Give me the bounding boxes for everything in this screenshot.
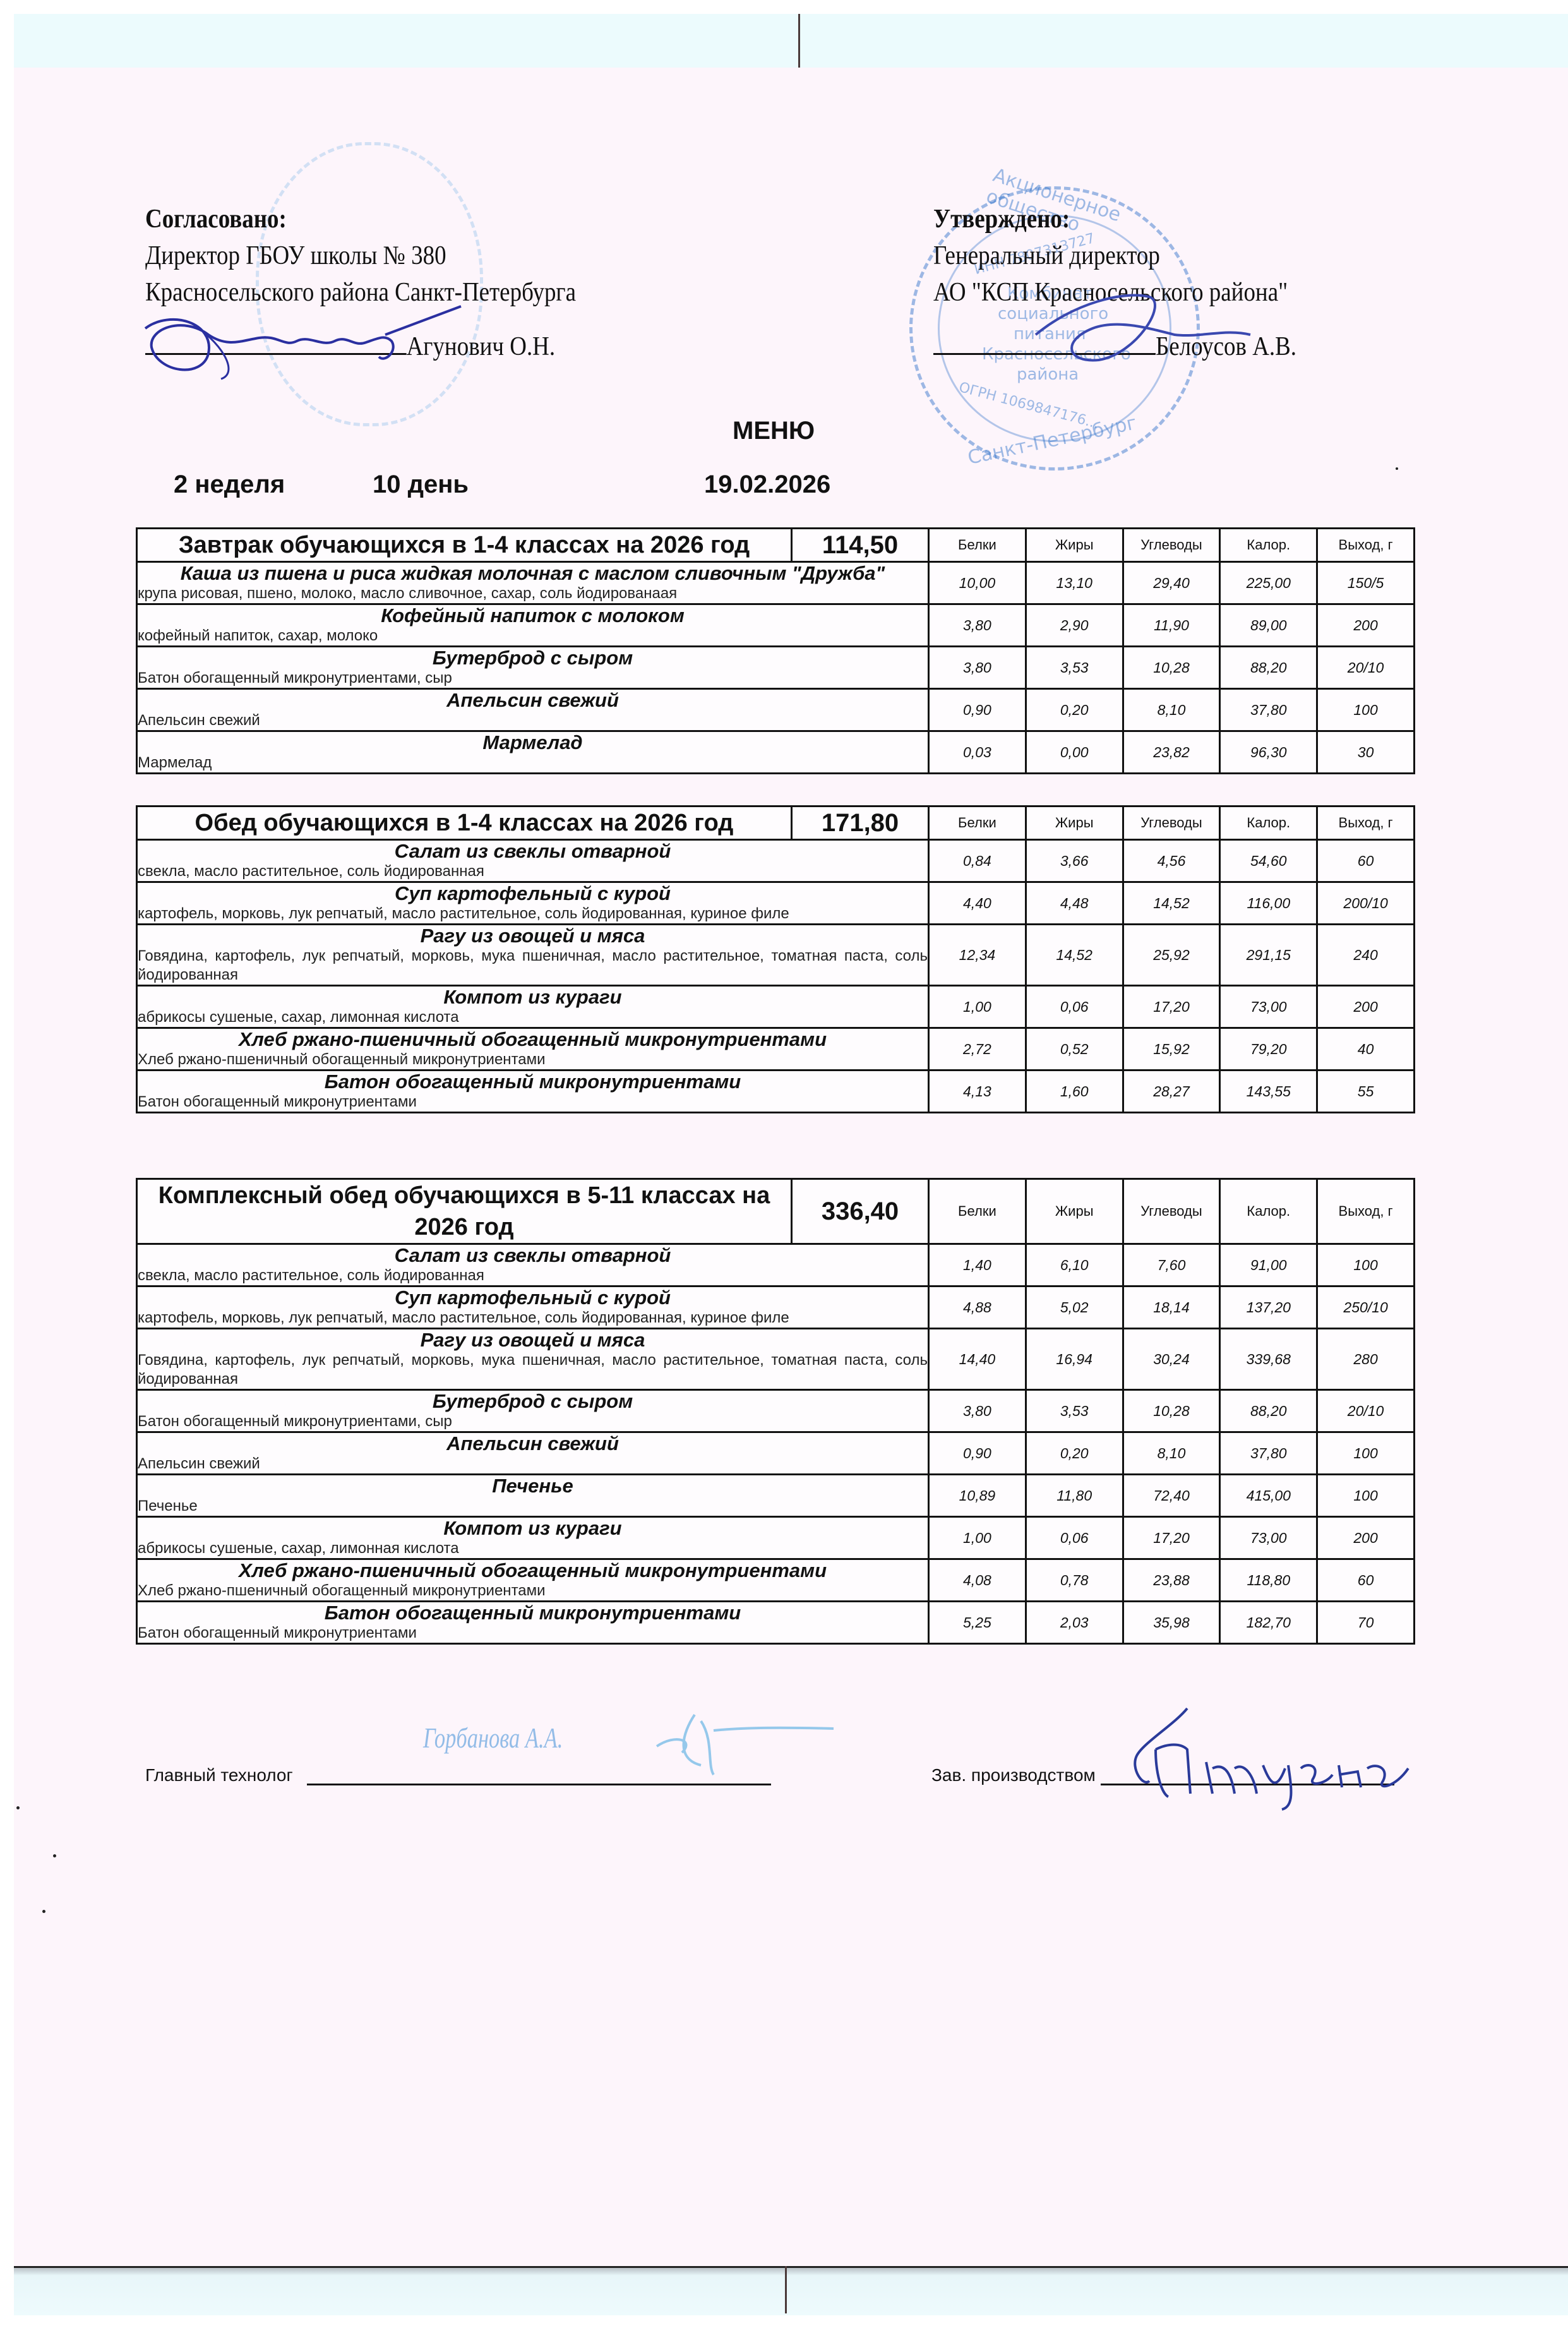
dish-ingredients: крупа рисовая, пшено, молоко, масло слив… <box>138 584 928 603</box>
column-header: Белки <box>929 807 1026 840</box>
section-title: Завтрак обучающихся в 1-4 классах на 202… <box>137 529 792 562</box>
section-header-row: Обед обучающихся в 1-4 классах на 2026 г… <box>137 807 1415 840</box>
nutrition-value: 3,53 <box>1026 1390 1123 1432</box>
nutrition-value: 100 <box>1317 689 1415 731</box>
nutrition-value: 16,94 <box>1026 1329 1123 1390</box>
table-row: ПеченьеПеченье10,8911,8072,40415,00100 <box>137 1475 1415 1517</box>
column-header: Белки <box>929 529 1026 562</box>
nutrition-value: 3,53 <box>1026 647 1123 689</box>
dish-name: Рагу из овощей и мяса <box>138 925 928 947</box>
dish-ingredients: картофель, морковь, лук репчатый, масло … <box>138 1309 928 1328</box>
section-price: 171,80 <box>792 807 929 840</box>
table-row: Апельсин свежийАпельсин свежий0,900,208,… <box>137 1432 1415 1475</box>
dish-cell: Бутерброд с сыромБатон обогащенный микро… <box>137 647 929 689</box>
dish-cell: Каша из пшена и риса жидкая молочная с м… <box>137 562 929 604</box>
nutrition-value: 14,40 <box>929 1329 1026 1390</box>
chief-technologist-row: Главный технолог <box>145 1765 771 1785</box>
nutrition-value: 54,60 <box>1220 840 1317 882</box>
nutrition-value: 28,27 <box>1123 1071 1220 1113</box>
nutrition-value: 225,00 <box>1220 562 1317 604</box>
dish-ingredients: Апельсин свежий <box>138 1454 928 1473</box>
table-row: Рагу из овощей и мясаГовядина, картофель… <box>137 925 1415 986</box>
nutrition-value: 0,78 <box>1026 1559 1123 1602</box>
day-number: 10 день <box>373 471 469 499</box>
approved-line-1: Генеральный директор <box>933 237 1296 274</box>
table-row: Батон обогащенный микронутриентамиБатон … <box>137 1071 1415 1113</box>
column-header: Калор. <box>1220 807 1317 840</box>
dish-cell: Батон обогащенный микронутриентамиБатон … <box>137 1071 929 1113</box>
nutrition-value: 12,34 <box>929 925 1026 986</box>
nutrition-value: 291,15 <box>1220 925 1317 986</box>
nutrition-value: 14,52 <box>1026 925 1123 986</box>
column-header: Углеводы <box>1123 1179 1220 1244</box>
dish-cell: ПеченьеПеченье <box>137 1475 929 1517</box>
nutrition-value: 10,28 <box>1123 647 1220 689</box>
section-title: Комплексный обед обучающихся в 5-11 клас… <box>137 1179 792 1244</box>
nutrition-value: 240 <box>1317 925 1415 986</box>
nutrition-value: 4,48 <box>1026 882 1123 925</box>
nutrition-value: 25,92 <box>1123 925 1220 986</box>
scan-speck <box>42 1910 45 1913</box>
dish-name: Салат из свеклы отварной <box>138 841 928 862</box>
agreed-signatory: Агунович О.Н. <box>407 332 556 361</box>
nutrition-value: 137,20 <box>1220 1286 1317 1329</box>
approved-heading: Утверждено: <box>933 201 1296 237</box>
nutrition-value: 35,98 <box>1123 1602 1220 1644</box>
table-row: Суп картофельный с куройкартофель, морко… <box>137 882 1415 925</box>
approved-signatory: Белоусов А.В. <box>1156 332 1296 361</box>
nutrition-value: 20/10 <box>1317 647 1415 689</box>
fold-mark-bottom <box>785 2266 787 2313</box>
dish-cell: Суп картофельный с куройкартофель, морко… <box>137 1286 929 1329</box>
approved-line-2: АО "КСП Красносельского района" <box>933 274 1296 311</box>
nutrition-value: 73,00 <box>1220 986 1317 1028</box>
table-row: Компот из курагиабрикосы сушеные, сахар,… <box>137 1517 1415 1559</box>
dish-ingredients: Печенье <box>138 1497 928 1516</box>
dish-cell: Салат из свеклы отварнойсвекла, масло ра… <box>137 840 929 882</box>
section-price: 336,40 <box>792 1179 929 1244</box>
nutrition-value: 4,13 <box>929 1071 1026 1113</box>
menu-table: Комплексный обед обучающихся в 5-11 клас… <box>136 1178 1415 1645</box>
nutrition-value: 4,88 <box>929 1286 1026 1329</box>
dish-ingredients: Говядина, картофель, лук репчатый, морко… <box>138 947 928 985</box>
dish-name: Батон обогащенный микронутриентами <box>138 1071 928 1093</box>
column-header: Калор. <box>1220 1179 1317 1244</box>
nutrition-value: 415,00 <box>1220 1475 1317 1517</box>
dish-ingredients: Батон обогащенный микронутриентами <box>138 1093 928 1112</box>
nutrition-value: 2,03 <box>1026 1602 1123 1644</box>
dish-name: Суп картофельный с курой <box>138 883 928 904</box>
dish-ingredients: кофейный напиток, сахар, молоко <box>138 627 928 645</box>
table-row: Хлеб ржано-пшеничный обогащенный микрону… <box>137 1028 1415 1071</box>
scan-speck <box>16 1806 20 1809</box>
nutrition-value: 339,68 <box>1220 1329 1317 1390</box>
dish-cell: Рагу из овощей и мясаГовядина, картофель… <box>137 1329 929 1390</box>
nutrition-value: 1,40 <box>929 1244 1026 1286</box>
table-row: Батон обогащенный микронутриентамиБатон … <box>137 1602 1415 1644</box>
nutrition-value: 4,08 <box>929 1559 1026 1602</box>
column-header: Выход, г <box>1317 1179 1415 1244</box>
dish-ingredients: Батон обогащенный микронутриентами, сыр <box>138 1412 928 1431</box>
column-header: Жиры <box>1026 529 1123 562</box>
table-row: Рагу из овощей и мясаГовядина, картофель… <box>137 1329 1415 1390</box>
dish-ingredients: свекла, масло растительное, соль йодиров… <box>138 862 928 881</box>
nutrition-value: 23,82 <box>1123 731 1220 774</box>
dish-ingredients: Мармелад <box>138 753 928 772</box>
column-header: Углеводы <box>1123 807 1220 840</box>
table-row: Салат из свеклы отварнойсвекла, масло ра… <box>137 1244 1415 1286</box>
nutrition-value: 118,80 <box>1220 1559 1317 1602</box>
section-header-row: Завтрак обучающихся в 1-4 классах на 202… <box>137 529 1415 562</box>
nutrition-value: 37,80 <box>1220 1432 1317 1475</box>
nutrition-value: 14,52 <box>1123 882 1220 925</box>
table-row: Суп картофельный с куройкартофель, морко… <box>137 1286 1415 1329</box>
technologist-stamp-name: Горбанова А.А. <box>423 1721 563 1754</box>
dish-cell: Компот из курагиабрикосы сушеные, сахар,… <box>137 986 929 1028</box>
nutrition-value: 5,25 <box>929 1602 1026 1644</box>
nutrition-value: 91,00 <box>1220 1244 1317 1286</box>
nutrition-value: 60 <box>1317 1559 1415 1602</box>
dish-name: Суп картофельный с курой <box>138 1287 928 1309</box>
dish-ingredients: Батон обогащенный микронутриентами, сыр <box>138 669 928 688</box>
nutrition-value: 40 <box>1317 1028 1415 1071</box>
dish-name: Рагу из овощей и мяса <box>138 1329 928 1351</box>
nutrition-value: 4,56 <box>1123 840 1220 882</box>
dish-ingredients: свекла, масло растительное, соль йодиров… <box>138 1266 928 1285</box>
nutrition-value: 0,00 <box>1026 731 1123 774</box>
section-title: Обед обучающихся в 1-4 классах на 2026 г… <box>137 807 792 840</box>
nutrition-value: 11,80 <box>1026 1475 1123 1517</box>
dish-ingredients: абрикосы сушеные, сахар, лимонная кислот… <box>138 1539 928 1558</box>
table-row: Кофейный напиток с молокомкофейный напит… <box>137 604 1415 647</box>
nutrition-value: 200/10 <box>1317 882 1415 925</box>
column-header: Выход, г <box>1317 807 1415 840</box>
agreed-signature-line <box>145 353 407 355</box>
nutrition-value: 23,88 <box>1123 1559 1220 1602</box>
dish-name: Каша из пшена и риса жидкая молочная с м… <box>138 563 928 584</box>
column-header: Выход, г <box>1317 529 1415 562</box>
nutrition-value: 3,80 <box>929 604 1026 647</box>
scan-speck <box>1396 467 1398 470</box>
dish-name: Апельсин свежий <box>138 1433 928 1454</box>
menu-date: 19.02.2026 <box>704 471 830 499</box>
nutrition-value: 8,10 <box>1123 689 1220 731</box>
nutrition-value: 280 <box>1317 1329 1415 1390</box>
column-header: Белки <box>929 1179 1026 1244</box>
week-number: 2 неделя <box>174 471 285 499</box>
nutrition-value: 79,20 <box>1220 1028 1317 1071</box>
nutrition-value: 0,03 <box>929 731 1026 774</box>
nutrition-value: 7,60 <box>1123 1244 1220 1286</box>
dish-cell: Суп картофельный с куройкартофель, морко… <box>137 882 929 925</box>
nutrition-value: 18,14 <box>1123 1286 1220 1329</box>
nutrition-value: 0,84 <box>929 840 1026 882</box>
menu-table: Завтрак обучающихся в 1-4 классах на 202… <box>136 527 1415 774</box>
nutrition-value: 0,90 <box>929 1432 1026 1475</box>
nutrition-value: 73,00 <box>1220 1517 1317 1559</box>
table-row: Хлеб ржано-пшеничный обогащенный микрону… <box>137 1559 1415 1602</box>
nutrition-value: 10,00 <box>929 562 1026 604</box>
dish-name: Бутерброд с сыром <box>138 647 928 669</box>
nutrition-value: 37,80 <box>1220 689 1317 731</box>
section-price: 114,50 <box>792 529 929 562</box>
dish-ingredients: Хлеб ржано-пшеничный обогащенный микрону… <box>138 1581 928 1600</box>
column-header: Жиры <box>1026 807 1123 840</box>
dish-cell: Хлеб ржано-пшеничный обогащенный микрону… <box>137 1028 929 1071</box>
dish-name: Компот из кураги <box>138 1518 928 1539</box>
agreed-line-1: Директор ГБОУ школы № 380 <box>145 237 576 274</box>
dish-cell: Батон обогащенный микронутриентамиБатон … <box>137 1602 929 1644</box>
dish-cell: Рагу из овощей и мясаГовядина, картофель… <box>137 925 929 986</box>
dish-cell: Апельсин свежийАпельсин свежий <box>137 689 929 731</box>
nutrition-value: 2,90 <box>1026 604 1123 647</box>
nutrition-value: 30,24 <box>1123 1329 1220 1390</box>
nutrition-value: 88,20 <box>1220 1390 1317 1432</box>
table-row: Апельсин свежийАпельсин свежий0,900,208,… <box>137 689 1415 731</box>
fold-mark-top <box>798 14 800 68</box>
nutrition-value: 1,00 <box>929 1517 1026 1559</box>
dish-cell: Компот из курагиабрикосы сушеные, сахар,… <box>137 1517 929 1559</box>
agreed-block: Согласовано: Директор ГБОУ школы № 380 К… <box>145 201 576 365</box>
production-head-signature-line <box>1101 1784 1394 1785</box>
dish-cell: Бутерброд с сыромБатон обогащенный микро… <box>137 1390 929 1432</box>
dish-name: Апельсин свежий <box>138 690 928 711</box>
production-head-label: Зав. производством <box>931 1765 1096 1785</box>
nutrition-value: 100 <box>1317 1432 1415 1475</box>
nutrition-value: 29,40 <box>1123 562 1220 604</box>
nutrition-value: 15,92 <box>1123 1028 1220 1071</box>
nutrition-value: 3,80 <box>929 1390 1026 1432</box>
nutrition-value: 60 <box>1317 840 1415 882</box>
nutrition-value: 200 <box>1317 1517 1415 1559</box>
table-row: Компот из курагиабрикосы сушеные, сахар,… <box>137 986 1415 1028</box>
nutrition-value: 13,10 <box>1026 562 1123 604</box>
dish-cell: Хлеб ржано-пшеничный обогащенный микрону… <box>137 1559 929 1602</box>
dish-name: Компот из кураги <box>138 987 928 1008</box>
dish-ingredients: абрикосы сушеные, сахар, лимонная кислот… <box>138 1008 928 1027</box>
dish-name: Печенье <box>138 1475 928 1497</box>
nutrition-value: 1,00 <box>929 986 1026 1028</box>
nutrition-value: 0,90 <box>929 689 1026 731</box>
nutrition-value: 89,00 <box>1220 604 1317 647</box>
table-row: Бутерброд с сыромБатон обогащенный микро… <box>137 647 1415 689</box>
scan-edge-bottom <box>14 2266 1568 2315</box>
nutrition-value: 0,06 <box>1026 1517 1123 1559</box>
nutrition-value: 182,70 <box>1220 1602 1317 1644</box>
nutrition-value: 17,20 <box>1123 1517 1220 1559</box>
nutrition-value: 0,52 <box>1026 1028 1123 1071</box>
dish-name: Хлеб ржано-пшеничный обогащенный микрону… <box>138 1029 928 1050</box>
table-row: МармеладМармелад0,030,0023,8296,3030 <box>137 731 1415 774</box>
nutrition-value: 200 <box>1317 986 1415 1028</box>
dish-ingredients: Говядина, картофель, лук репчатый, морко… <box>138 1351 928 1389</box>
dish-cell: Салат из свеклы отварнойсвекла, масло ра… <box>137 1244 929 1286</box>
nutrition-value: 11,90 <box>1123 604 1220 647</box>
dish-name: Салат из свеклы отварной <box>138 1245 928 1266</box>
column-header: Углеводы <box>1123 529 1220 562</box>
dish-ingredients: Апельсин свежий <box>138 711 928 730</box>
approved-block: Утверждено: Генеральный директор АО "КСП… <box>933 201 1296 365</box>
dish-cell: Кофейный напиток с молокомкофейный напит… <box>137 604 929 647</box>
menu-title: МЕНЮ <box>733 417 815 445</box>
nutrition-value: 250/10 <box>1317 1286 1415 1329</box>
dish-name: Хлеб ржано-пшеничный обогащенный микрону… <box>138 1560 928 1581</box>
nutrition-value: 0,06 <box>1026 986 1123 1028</box>
nutrition-value: 17,20 <box>1123 986 1220 1028</box>
approved-signature-line <box>933 353 1156 355</box>
nutrition-value: 100 <box>1317 1475 1415 1517</box>
menu-table: Обед обучающихся в 1-4 классах на 2026 г… <box>136 805 1415 1113</box>
nutrition-value: 0,20 <box>1026 1432 1123 1475</box>
nutrition-value: 70 <box>1317 1602 1415 1644</box>
table-row: Бутерброд с сыромБатон обогащенный микро… <box>137 1390 1415 1432</box>
production-head-row: Зав. производством <box>931 1765 1394 1785</box>
nutrition-value: 100 <box>1317 1244 1415 1286</box>
agreed-line-2: Красносельского района Санкт-Петербурга <box>145 274 576 311</box>
dish-name: Мармелад <box>138 732 928 753</box>
nutrition-value: 200 <box>1317 604 1415 647</box>
nutrition-value: 2,72 <box>929 1028 1026 1071</box>
nutrition-value: 3,80 <box>929 647 1026 689</box>
nutrition-value: 30 <box>1317 731 1415 774</box>
table-row: Каша из пшена и риса жидкая молочная с м… <box>137 562 1415 604</box>
nutrition-value: 10,89 <box>929 1475 1026 1517</box>
scan-edge-top <box>14 14 1568 68</box>
nutrition-value: 3,66 <box>1026 840 1123 882</box>
nutrition-value: 116,00 <box>1220 882 1317 925</box>
dish-ingredients: Батон обогащенный микронутриентами <box>138 1624 928 1643</box>
column-header: Жиры <box>1026 1179 1123 1244</box>
dish-name: Кофейный напиток с молоком <box>138 605 928 627</box>
nutrition-value: 72,40 <box>1123 1475 1220 1517</box>
scan-speck <box>53 1854 56 1857</box>
nutrition-value: 6,10 <box>1026 1244 1123 1286</box>
nutrition-value: 143,55 <box>1220 1071 1317 1113</box>
nutrition-value: 88,20 <box>1220 647 1317 689</box>
column-header: Калор. <box>1220 529 1317 562</box>
dish-cell: МармеладМармелад <box>137 731 929 774</box>
table-row: Салат из свеклы отварнойсвекла, масло ра… <box>137 840 1415 882</box>
chief-technologist-label: Главный технолог <box>145 1765 293 1785</box>
nutrition-value: 55 <box>1317 1071 1415 1113</box>
dish-ingredients: картофель, морковь, лук репчатый, масло … <box>138 904 928 923</box>
dish-cell: Апельсин свежийАпельсин свежий <box>137 1432 929 1475</box>
chief-technologist-signature-line <box>307 1784 771 1785</box>
nutrition-value: 20/10 <box>1317 1390 1415 1432</box>
dish-name: Бутерброд с сыром <box>138 1391 928 1412</box>
nutrition-value: 0,20 <box>1026 689 1123 731</box>
nutrition-value: 5,02 <box>1026 1286 1123 1329</box>
section-header-row: Комплексный обед обучающихся в 5-11 клас… <box>137 1179 1415 1244</box>
nutrition-value: 1,60 <box>1026 1071 1123 1113</box>
nutrition-value: 150/5 <box>1317 562 1415 604</box>
nutrition-value: 96,30 <box>1220 731 1317 774</box>
nutrition-value: 10,28 <box>1123 1390 1220 1432</box>
nutrition-value: 8,10 <box>1123 1432 1220 1475</box>
dish-name: Батон обогащенный микронутриентами <box>138 1602 928 1624</box>
dish-ingredients: Хлеб ржано-пшеничный обогащенный микрону… <box>138 1050 928 1069</box>
nutrition-value: 4,40 <box>929 882 1026 925</box>
agreed-heading: Согласовано: <box>145 201 576 237</box>
